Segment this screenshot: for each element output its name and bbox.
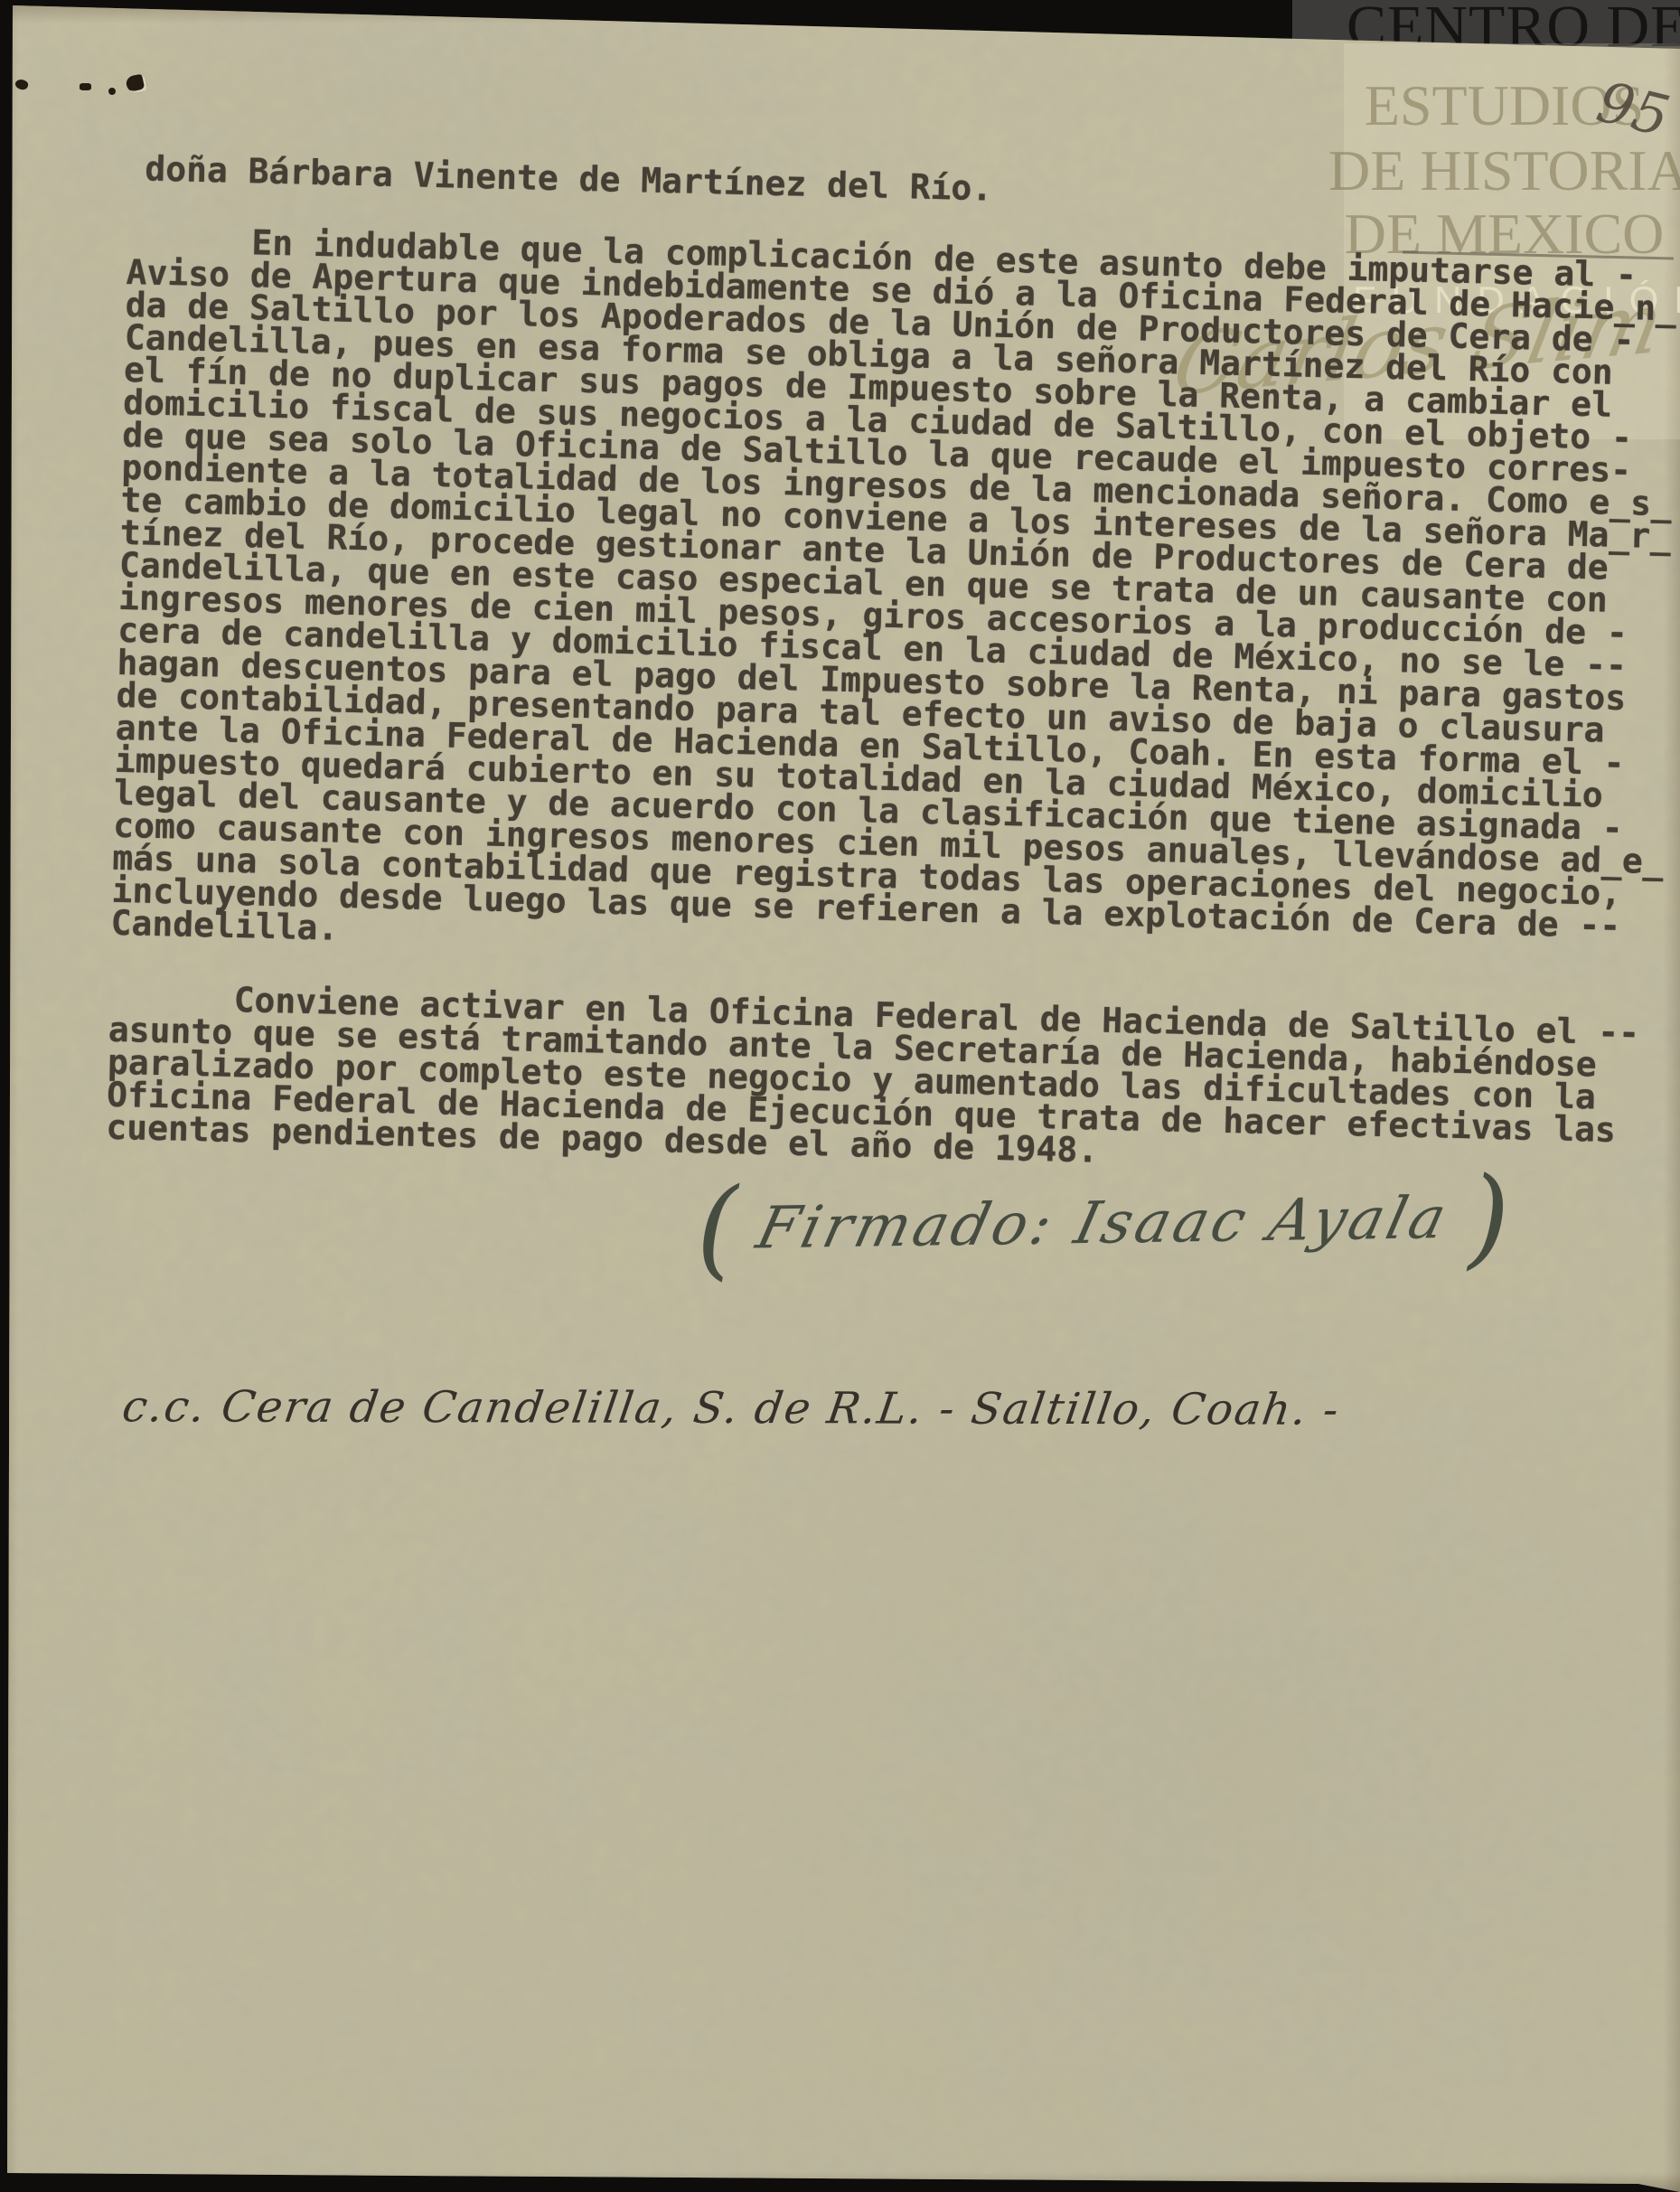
scanned-document-page: CENTRO DE ESTUDIOS DE HISTORIA DE MEXICO… (0, 0, 1680, 2192)
punch-mark (80, 83, 91, 90)
signature-open-paren: ( (695, 1175, 739, 1284)
watermark-de-historia: DE HISTORIA (1328, 137, 1680, 204)
letter-paragraphs: En indudable que la complicación de este… (105, 223, 1677, 1221)
typed-paragraph: Conviene activar en la Oficina Federal d… (106, 981, 1660, 1180)
typed-paragraph: En indudable que la complicación de este… (110, 223, 1677, 975)
signature-close-paren: ) (1467, 1163, 1511, 1273)
handwritten-signature-note: ( Firmado: Isaac Ayala ) (695, 1163, 1510, 1284)
punch-mark (108, 88, 116, 95)
handwritten-cc-note: c.c. Cera de Candelilla, S. de R.L. - Sa… (120, 1390, 1342, 1426)
signature-text: Firmado: Isaac Ayala (755, 1202, 1451, 1245)
